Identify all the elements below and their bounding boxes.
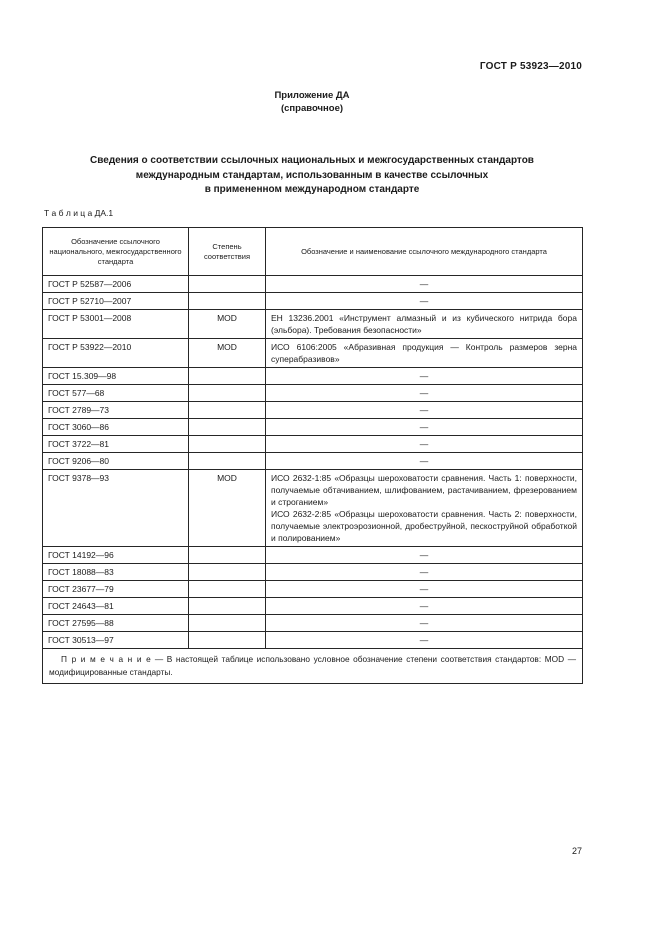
appendix-heading: Приложение ДА (справочное) xyxy=(42,89,582,115)
standard-cell: ГОСТ 9378—93 xyxy=(43,470,189,547)
equivalent-paragraph: — xyxy=(271,600,577,612)
equivalent-paragraph: — xyxy=(271,421,577,433)
equivalent-paragraph: — xyxy=(271,438,577,450)
equivalent-cell: — xyxy=(266,293,583,310)
table-note: П р и м е ч а н и е — В настоящей таблиц… xyxy=(43,649,583,684)
degree-cell xyxy=(189,293,266,310)
degree-cell: MOD xyxy=(189,339,266,368)
equivalent-cell: ЕН 13236.2001 «Инструмент алмазный и из … xyxy=(266,310,583,339)
table-label: Т а б л и ц а ДА.1 xyxy=(44,208,113,218)
equivalent-paragraph: ИСО 2632-1:85 «Образцы шероховатости сра… xyxy=(271,472,577,508)
doc-number: ГОСТ Р 53923—2010 xyxy=(42,61,582,72)
standard-cell: ГОСТ 15.309—98 xyxy=(43,368,189,385)
standard-cell: ГОСТ 2789—73 xyxy=(43,402,189,419)
page-number: 27 xyxy=(42,846,582,856)
table-row: ГОСТ 3722—81— xyxy=(43,436,583,453)
table-row: ГОСТ 24643—81— xyxy=(43,598,583,615)
equivalent-cell: — xyxy=(266,598,583,615)
table-row: ГОСТ 9378—93MODИСО 2632-1:85 «Образцы ше… xyxy=(43,470,583,547)
equivalent-cell: — xyxy=(266,419,583,436)
equivalent-paragraph: — xyxy=(271,617,577,629)
equivalent-paragraph: — xyxy=(271,404,577,416)
equivalent-cell: — xyxy=(266,453,583,470)
equivalent-paragraph: ЕН 13236.2001 «Инструмент алмазный и из … xyxy=(271,312,577,336)
equivalent-paragraph: — xyxy=(271,387,577,399)
degree-cell xyxy=(189,598,266,615)
header-degree-column: Степень соответствия xyxy=(189,228,266,276)
degree-cell xyxy=(189,276,266,293)
standard-cell: ГОСТ 24643—81 xyxy=(43,598,189,615)
standard-cell: ГОСТ Р 53001—2008 xyxy=(43,310,189,339)
degree-cell xyxy=(189,564,266,581)
table-row: ГОСТ Р 53001—2008MODЕН 13236.2001 «Инстр… xyxy=(43,310,583,339)
degree-cell xyxy=(189,385,266,402)
standard-cell: ГОСТ 27595—88 xyxy=(43,615,189,632)
equivalent-paragraph: — xyxy=(271,295,577,307)
equivalent-cell: — xyxy=(266,615,583,632)
degree-cell xyxy=(189,436,266,453)
equivalent-cell: — xyxy=(266,368,583,385)
equivalent-cell: ИСО 2632-1:85 «Образцы шероховатости сра… xyxy=(266,470,583,547)
table-row: ГОСТ 18088—83— xyxy=(43,564,583,581)
table-row: ГОСТ Р 52587—2006— xyxy=(43,276,583,293)
table-row: ГОСТ 30513—97— xyxy=(43,632,583,649)
equivalent-cell: — xyxy=(266,402,583,419)
table-row: ГОСТ 577—68— xyxy=(43,385,583,402)
equivalent-cell: — xyxy=(266,547,583,564)
document-title-line1: Сведения о соответствии ссылочных национ… xyxy=(30,154,594,169)
standard-cell: ГОСТ Р 52587—2006 xyxy=(43,276,189,293)
standard-cell: ГОСТ Р 52710—2007 xyxy=(43,293,189,310)
degree-cell xyxy=(189,402,266,419)
table-row: ГОСТ 23677—79— xyxy=(43,581,583,598)
table-row: ГОСТ 3060—86— xyxy=(43,419,583,436)
equivalent-paragraph: — xyxy=(271,583,577,595)
equivalent-cell: — xyxy=(266,632,583,649)
equivalent-cell: — xyxy=(266,581,583,598)
standard-cell: ГОСТ 23677—79 xyxy=(43,581,189,598)
document-title: Сведения о соответствии ссылочных национ… xyxy=(30,154,594,198)
degree-cell xyxy=(189,615,266,632)
equivalent-paragraph: — xyxy=(271,455,577,467)
document-title-line3: в примененном международном стандарте xyxy=(30,183,594,198)
standard-cell: ГОСТ 14192—96 xyxy=(43,547,189,564)
degree-cell xyxy=(189,368,266,385)
equivalent-cell: — xyxy=(266,436,583,453)
equivalent-paragraph: — xyxy=(271,278,577,290)
header-equivalent-column: Обозначение и наименование ссылочного ме… xyxy=(266,228,583,276)
equivalent-cell: — xyxy=(266,276,583,293)
table-row: ГОСТ Р 53922—2010MODИСО 6106:2005 «Абраз… xyxy=(43,339,583,368)
equivalent-paragraph: — xyxy=(271,549,577,561)
document-page: ГОСТ Р 53923—2010 Приложение ДА (справоч… xyxy=(0,0,661,936)
table-row: ГОСТ 14192—96— xyxy=(43,547,583,564)
equivalent-cell: — xyxy=(266,564,583,581)
equivalent-paragraph: — xyxy=(271,566,577,578)
degree-cell xyxy=(189,453,266,470)
document-title-line2: международным стандартам, использованным… xyxy=(30,169,594,184)
equivalent-paragraph: ИСО 6106:2005 «Абразивная продукция — Ко… xyxy=(271,341,577,365)
note-label: П р и м е ч а н и е xyxy=(61,654,151,664)
table-row: ГОСТ Р 52710—2007— xyxy=(43,293,583,310)
standard-cell: ГОСТ Р 53922—2010 xyxy=(43,339,189,368)
table-row: ГОСТ 27595—88— xyxy=(43,615,583,632)
standard-cell: ГОСТ 3722—81 xyxy=(43,436,189,453)
standard-cell: ГОСТ 3060—86 xyxy=(43,419,189,436)
equivalent-paragraph: — xyxy=(271,370,577,382)
equivalent-paragraph: ИСО 2632-2:85 «Образцы шероховатости сра… xyxy=(271,508,577,544)
table-row: ГОСТ 2789—73— xyxy=(43,402,583,419)
equivalent-cell: ИСО 6106:2005 «Абразивная продукция — Ко… xyxy=(266,339,583,368)
equivalent-paragraph: — xyxy=(271,634,577,646)
header-standard-column: Обозначение ссылочного национального, ме… xyxy=(43,228,189,276)
table-row: ГОСТ 15.309—98— xyxy=(43,368,583,385)
degree-cell xyxy=(189,547,266,564)
equivalent-cell: — xyxy=(266,385,583,402)
table-row: ГОСТ 9206—80— xyxy=(43,453,583,470)
degree-cell xyxy=(189,419,266,436)
appendix-subtitle: (справочное) xyxy=(42,102,582,115)
degree-cell xyxy=(189,581,266,598)
degree-cell: MOD xyxy=(189,470,266,547)
standard-cell: ГОСТ 30513—97 xyxy=(43,632,189,649)
degree-cell xyxy=(189,632,266,649)
note-row: П р и м е ч а н и е — В настоящей таблиц… xyxy=(43,649,583,684)
appendix-title: Приложение ДА xyxy=(42,89,582,102)
table-header-row: Обозначение ссылочного национального, ме… xyxy=(43,228,583,276)
standard-cell: ГОСТ 18088—83 xyxy=(43,564,189,581)
table-body: ГОСТ Р 52587—2006—ГОСТ Р 52710—2007—ГОСТ… xyxy=(43,276,583,649)
standard-cell: ГОСТ 9206—80 xyxy=(43,453,189,470)
standard-cell: ГОСТ 577—68 xyxy=(43,385,189,402)
degree-cell: MOD xyxy=(189,310,266,339)
standards-table: Обозначение ссылочного национального, ме… xyxy=(42,227,583,684)
